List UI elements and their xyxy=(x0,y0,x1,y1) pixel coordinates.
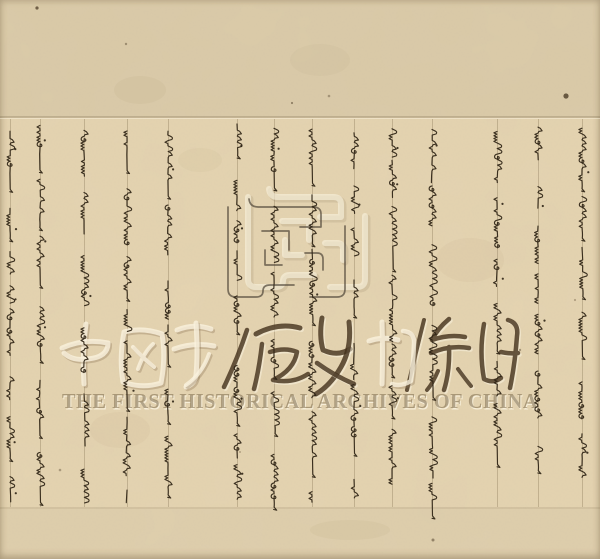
watermark-english-text: THE FIRST HISTORICAL ARCHIVES OF CHINA xyxy=(62,389,538,413)
manuscript-artwork: 中國第一歷史檔案館 THE FIRST HISTORICAL ARCHIVES … xyxy=(0,0,600,559)
manuscript-page: 中國第一歷史檔案館 THE FIRST HISTORICAL ARCHIVES … xyxy=(0,0,600,559)
